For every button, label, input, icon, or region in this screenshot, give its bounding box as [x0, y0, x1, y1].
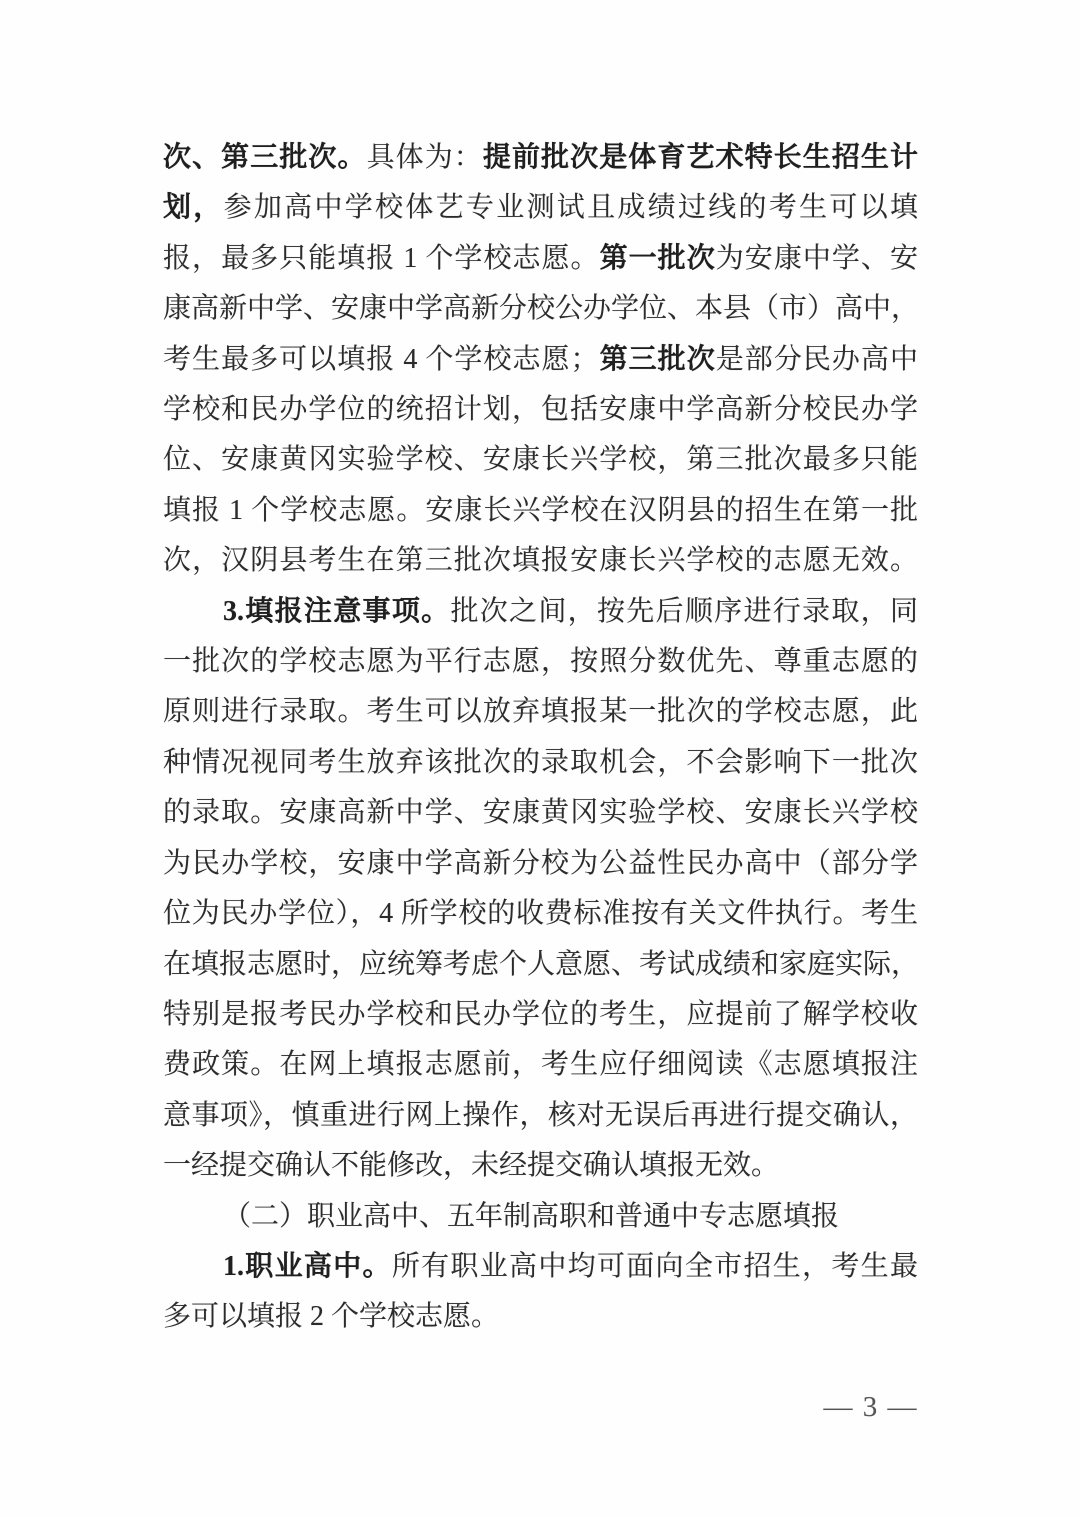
text-segment: 原则进行录取。考生可以放弃填报某一批次的学校志愿，此: [163, 696, 918, 727]
bold-text-segment: 3.填报注意事项。: [223, 596, 450, 627]
text-segment: 的录取。安康高新中学、安康黄冈实验学校、安康长兴学校: [163, 797, 918, 828]
text-line: 的录取。安康高新中学、安康黄冈实验学校、安康长兴学校: [163, 788, 918, 838]
text-line: 报，最多只能填报 1 个学校志愿。第一批次为安康中学、安: [163, 234, 918, 284]
text-line: 划，参加高中学校体艺专业测试且成绩过线的考生可以填: [163, 183, 918, 233]
text-segment: 是部分民办高中: [716, 344, 918, 375]
document-page: 次、第三批次。具体为：提前批次是体育艺术特长生招生计划，参加高中学校体艺专业测试…: [0, 0, 1080, 1516]
text-line: 考生最多可以填报 4 个学校志愿；第三批次是部分民办高中: [163, 335, 918, 385]
text-segment: 特别是报考民办学校和民办学位的考生，应提前了解学校收: [163, 999, 918, 1030]
text-segment: 参加高中学校体艺专业测试且成绩过线的考生可以填: [224, 192, 918, 223]
text-line: 原则进行录取。考生可以放弃填报某一批次的学校志愿，此: [163, 687, 918, 737]
text-line: 填报 1 个学校志愿。安康长兴学校在汉阴县的招生在第一批: [163, 486, 918, 536]
text-line: 为民办学校，安康中学高新分校为公益性民办高中（部分学: [163, 839, 918, 889]
text-segment: 位、安康黄冈实验学校、安康长兴学校，第三批次最多只能: [163, 444, 918, 475]
text-line: 位、安康黄冈实验学校、安康长兴学校，第三批次最多只能: [163, 435, 918, 485]
text-line: 一经提交确认不能修改，未经提交确认填报无效。: [163, 1141, 918, 1191]
text-segment: 所有职业高中均可面向全市招生，考生最: [392, 1251, 918, 1282]
text-segment: 学校和民办学位的统招计划，包括安康中学高新分校民办学: [163, 394, 918, 425]
text-segment: 康高新中学、安康中学高新分校公办学位、本县（市）高中，: [163, 293, 919, 324]
text-segment: 种情况视同考生放弃该批次的录取机会，不会影响下一批次: [163, 747, 918, 778]
text-line: 3.填报注意事项。批次之间，按先后顺序进行录取，同: [163, 587, 918, 637]
text-segment: 位为民办学位），4 所学校的收费标准按有关文件执行。考生: [163, 898, 918, 929]
text-segment: 次，汉阴县考生在第三批次填报安康长兴学校的志愿无效。: [163, 545, 918, 576]
text-segment: 费政策。在网上填报志愿前，考生应仔细阅读《志愿填报注: [163, 1049, 918, 1080]
text-line: 种情况视同考生放弃该批次的录取机会，不会影响下一批次: [163, 738, 918, 788]
text-segment: 一经提交确认不能修改，未经提交确认填报无效。: [163, 1150, 779, 1181]
text-segment: 意事项》，慎重进行网上操作，核对无误后再进行提交确认，: [163, 1100, 918, 1131]
text-line: 位为民办学位），4 所学校的收费标准按有关文件执行。考生: [163, 889, 918, 939]
document-body: 次、第三批次。具体为：提前批次是体育艺术特长生招生计划，参加高中学校体艺专业测试…: [163, 133, 918, 1343]
bold-text-segment: 第一批次: [600, 243, 716, 274]
text-line: 意事项》，慎重进行网上操作，核对无误后再进行提交确认，: [163, 1091, 918, 1141]
text-segment: 多可以填报 2 个学校志愿。: [163, 1301, 499, 1332]
text-line: 1.职业高中。所有职业高中均可面向全市招生，考生最: [163, 1242, 918, 1292]
text-line: 次，汉阴县考生在第三批次填报安康长兴学校的志愿无效。: [163, 536, 918, 586]
bold-text-segment: 提前批次是体育艺术特长生招生计: [483, 142, 918, 173]
text-segment: 批次之间，按先后顺序进行录取，同: [450, 596, 918, 627]
text-line: 在填报志愿时，应统筹考虑个人意愿、考试成绩和家庭实际，: [163, 940, 918, 990]
text-line: 一批次的学校志愿为平行志愿，按照分数优先、尊重志愿的: [163, 637, 918, 687]
bold-text-segment: 1.职业高中。: [223, 1251, 392, 1282]
text-line: （二）职业高中、五年制高职和普通中专志愿填报: [163, 1192, 918, 1242]
text-segment: 在填报志愿时，应统筹考虑个人意愿、考试成绩和家庭实际，: [163, 949, 919, 980]
text-line: 费政策。在网上填报志愿前，考生应仔细阅读《志愿填报注: [163, 1040, 918, 1090]
text-line: 特别是报考民办学校和民办学位的考生，应提前了解学校收: [163, 990, 918, 1040]
text-segment: 具体为：: [367, 142, 483, 173]
text-line: 多可以填报 2 个学校志愿。: [163, 1292, 918, 1342]
text-segment: 为安康中学、安: [716, 243, 918, 274]
bold-text-segment: 第三批次: [599, 344, 716, 375]
bold-text-segment: 次、第三批次。: [163, 142, 367, 173]
text-segment: 为民办学校，安康中学高新分校为公益性民办高中（部分学: [163, 848, 918, 879]
text-line: 次、第三批次。具体为：提前批次是体育艺术特长生招生计: [163, 133, 918, 183]
text-segment: 报，最多只能填报 1 个学校志愿。: [163, 243, 600, 274]
bold-text-segment: 划，: [163, 192, 224, 223]
text-line: 学校和民办学位的统招计划，包括安康中学高新分校民办学: [163, 385, 918, 435]
text-segment: 考生最多可以填报 4 个学校志愿；: [163, 344, 599, 375]
text-segment: 填报 1 个学校志愿。安康长兴学校在汉阴县的招生在第一批: [163, 495, 918, 526]
page-number: — 3 —: [0, 1391, 918, 1424]
text-segment: （二）职业高中、五年制高职和普通中专志愿填报: [223, 1201, 839, 1232]
text-segment: 一批次的学校志愿为平行志愿，按照分数优先、尊重志愿的: [163, 646, 918, 677]
text-line: 康高新中学、安康中学高新分校公办学位、本县（市）高中，: [163, 284, 918, 334]
